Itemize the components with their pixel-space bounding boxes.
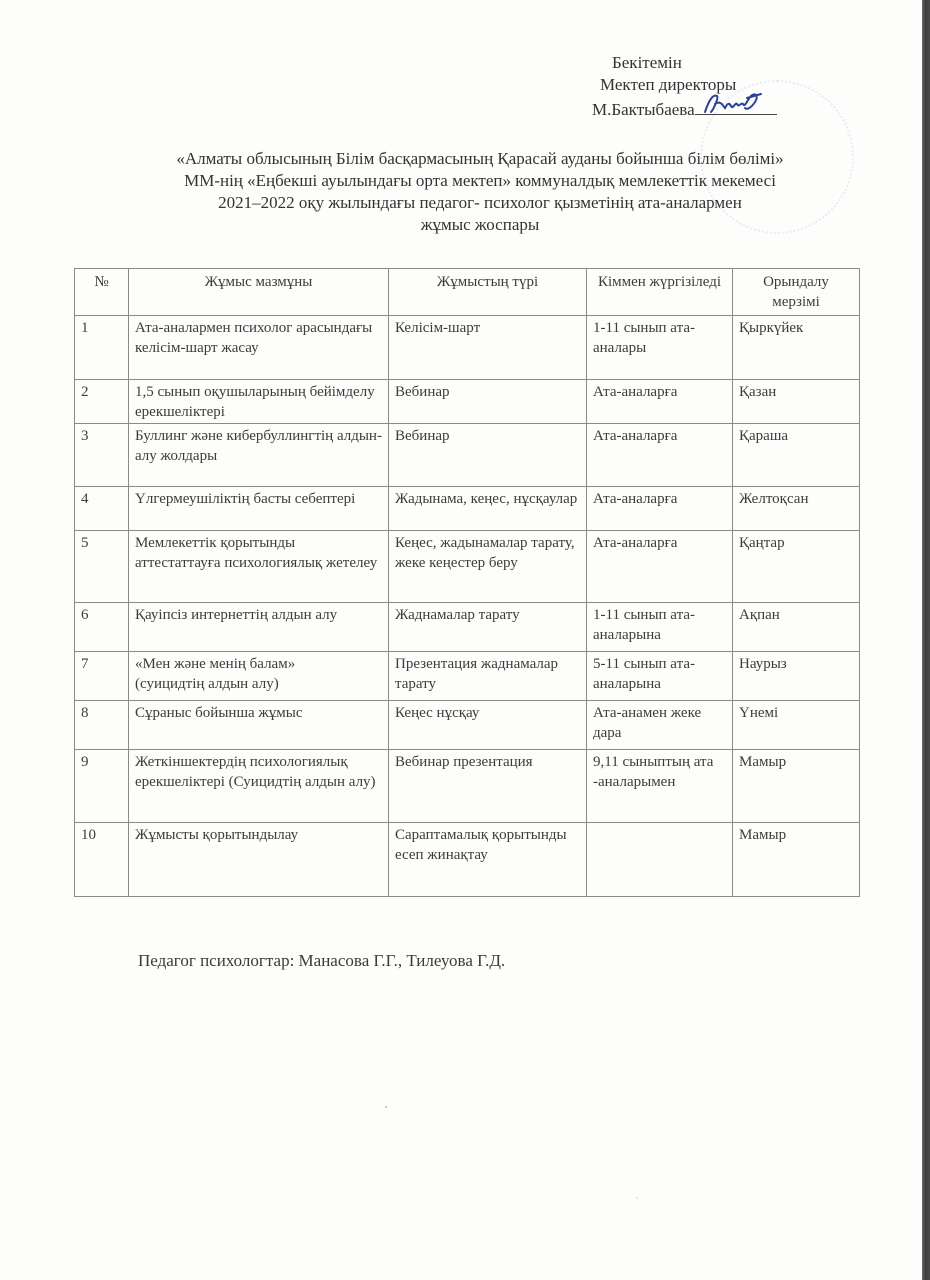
header-type: Жұмыстың түрі [389,269,587,316]
signature-line [695,96,777,115]
cell-type: Презентация жаднамалар тарату [389,652,587,701]
cell-when: Мамыр [733,750,860,823]
cell-type: Вебинар [389,424,587,487]
cell-content: Мемлекеттік қорытынды аттестаттауға псих… [129,531,389,603]
cell-type: Кеңес, жадынамалар тарату, жеке кеңестер… [389,531,587,603]
scan-edge-shadow [922,0,930,1280]
cell-type: Кеңес нұсқау [389,701,587,750]
cell-content: 1,5 сынып оқушыларының бейімделу ерекшел… [129,380,389,424]
table-row: 8 Сұраныс бойынша жұмыс Кеңес нұсқау Ата… [75,701,860,750]
cell-when: Ақпан [733,603,860,652]
cell-number: 9 [75,750,129,823]
signer-name: М.Бактыбаева [592,100,695,119]
work-plan-table: № Жұмыс мазмұны Жұмыстың түрі Кіммен жүр… [74,268,860,897]
cell-who: Ата-аналарға [587,424,733,487]
cell-content: Үлгермеушіліктің басты себептері [129,487,389,531]
table-row: 3 Буллинг және кибербуллингтің алдын-алу… [75,424,860,487]
approval-signer: М.Бактыбаева [592,96,832,121]
cell-number: 1 [75,316,129,380]
header-content: Жұмыс мазмұны [129,269,389,316]
cell-when: Үнемі [733,701,860,750]
table-header-row: № Жұмыс мазмұны Жұмыстың түрі Кіммен жүр… [75,269,860,316]
header-when: Орындалу мерзімі [733,269,860,316]
table-row: 4 Үлгермеушіліктің басты себептері Жадын… [75,487,860,531]
cell-type: Вебинар [389,380,587,424]
cell-number: 3 [75,424,129,487]
cell-type: Келісім-шарт [389,316,587,380]
cell-who: 9,11 сыныптың ата -аналарымен [587,750,733,823]
scan-speck [385,1106,387,1108]
cell-who: 1-11 сынып ата-аналарына [587,603,733,652]
title-line-4: жұмыс жоспары [100,214,860,236]
cell-when: Наурыз [733,652,860,701]
cell-number: 4 [75,487,129,531]
table-row: 5 Мемлекеттік қорытынды аттестаттауға пс… [75,531,860,603]
scan-speck [636,1197,638,1199]
cell-when: Қазан [733,380,860,424]
cell-who: Ата-аналарға [587,531,733,603]
cell-number: 2 [75,380,129,424]
cell-number: 7 [75,652,129,701]
table-row: 10 Жұмысты қорытындылау Сараптамалық қор… [75,823,860,897]
cell-content: Жеткіншектердің психологиялық ерекшелікт… [129,750,389,823]
cell-content: Ата-аналармен психолог арасындағы келісі… [129,316,389,380]
table-row: 9 Жеткіншектердің психологиялық ерекшелі… [75,750,860,823]
cell-number: 10 [75,823,129,897]
cell-type: Сараптамалық қорытынды есеп жинақтау [389,823,587,897]
cell-content: Сұраныс бойынша жұмыс [129,701,389,750]
cell-who: 1-11 сынып ата-аналары [587,316,733,380]
signature-icon [701,90,763,116]
cell-who [587,823,733,897]
header-who: Кіммен жүргізіледі [587,269,733,316]
cell-type: Вебинар презентация [389,750,587,823]
title-line-1: «Алматы облысының Білім басқармасының Қа… [100,148,860,170]
cell-type: Жадынама, кеңес, нұсқаулар [389,487,587,531]
document-title: «Алматы облысының Білім басқармасының Қа… [100,148,860,236]
cell-who: Ата-аналарға [587,380,733,424]
cell-who: 5-11 сынып ата-аналарына [587,652,733,701]
cell-when: Қараша [733,424,860,487]
cell-content: Қауіпсіз интернеттің алдын алу [129,603,389,652]
table-row: 2 1,5 сынып оқушыларының бейімделу ерекш… [75,380,860,424]
cell-content: Жұмысты қорытындылау [129,823,389,897]
cell-who: Ата-анамен жеке дара [587,701,733,750]
approval-block: Бекітемін Мектеп директоры М.Бактыбаева [592,52,832,121]
cell-content: Буллинг және кибербуллингтің алдын-алу ж… [129,424,389,487]
cell-number: 8 [75,701,129,750]
approval-heading: Бекітемін [612,52,832,74]
cell-when: Мамыр [733,823,860,897]
header-number: № [75,269,129,316]
cell-when: Қыркүйек [733,316,860,380]
table-row: 6 Қауіпсіз интернеттің алдын алу Жаднама… [75,603,860,652]
cell-number: 6 [75,603,129,652]
signatories-line: Педагог психологтар: Манасова Г.Г., Тиле… [138,950,505,972]
cell-who: Ата-аналарға [587,487,733,531]
cell-when: Қаңтар [733,531,860,603]
cell-number: 5 [75,531,129,603]
table-row: 7 «Мен және менің балам» (суицидтің алды… [75,652,860,701]
table-row: 1 Ата-аналармен психолог арасындағы келі… [75,316,860,380]
cell-content: «Мен және менің балам» (суицидтің алдын … [129,652,389,701]
cell-when: Желтоқсан [733,487,860,531]
title-line-2: ММ-нің «Еңбекші ауылындағы орта мектеп» … [100,170,860,192]
cell-type: Жаднамалар тарату [389,603,587,652]
title-line-3: 2021–2022 оқу жылындағы педагог- психоло… [100,192,860,214]
